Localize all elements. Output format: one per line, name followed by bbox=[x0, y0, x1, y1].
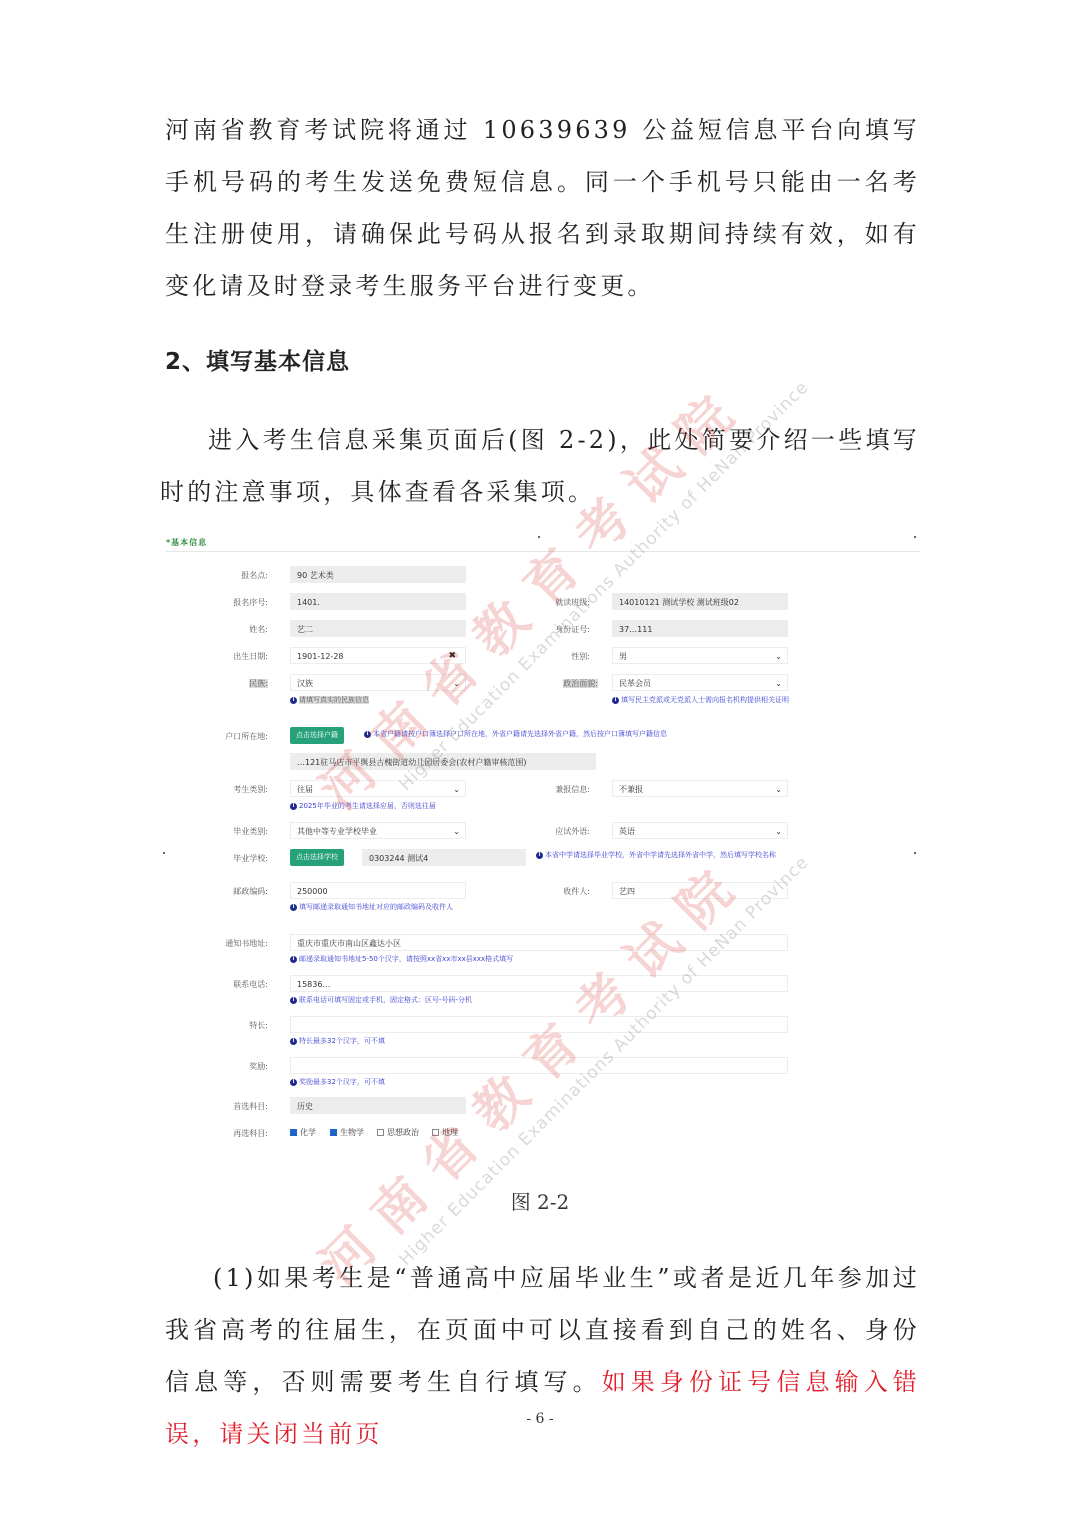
hint-hkszd: i本省户籍请按户口簿选择户口所在地，外省户籍请先选择外省户籍，然后按户口簿填写户… bbox=[364, 730, 764, 739]
field-value: …121驻马店市平舆县古槐街道幼儿园居委会(农村户籍审核范围) bbox=[297, 758, 527, 767]
chevron-down-icon: ⌄ bbox=[775, 675, 782, 692]
field-value: 250000 bbox=[297, 887, 328, 896]
select-bylb[interactable]: 其他中等专业学校毕业⌄ bbox=[290, 822, 466, 839]
field-value: 14010121 测试学校 测试班级02 bbox=[619, 598, 739, 607]
select-xb[interactable]: 男⌄ bbox=[612, 647, 788, 664]
hint-tzsdz: i邮递录取通知书地址5-50个汉字，请按照xx省xx市xx县xxx格式填写 bbox=[290, 955, 690, 964]
select-zzmm[interactable]: 民革会员⌄ bbox=[612, 674, 788, 691]
field-xm[interactable]: 艺二 bbox=[290, 620, 466, 637]
checkbox-checked-icon bbox=[330, 1129, 337, 1136]
label-xm: 姓名: bbox=[158, 624, 268, 635]
label-text: 民族: bbox=[249, 679, 268, 688]
hint-lxdh: i联系电话可填写固定或手机，固定格式：区号-号码-分机 bbox=[290, 996, 690, 1005]
note-paragraph: (1)如果考生是“普通高中应届毕业生”或者是近几年参加过我省高考的往届生，在页面… bbox=[165, 1252, 920, 1460]
checkbox-checked-icon bbox=[290, 1129, 297, 1136]
select-jxxx[interactable]: 不兼报⌄ bbox=[612, 780, 788, 797]
chevron-down-icon: ⌄ bbox=[775, 648, 782, 665]
field-value: 37…111 bbox=[619, 625, 652, 634]
field-tc[interactable] bbox=[290, 1016, 788, 1033]
select-mz[interactable]: 汉族⌄ bbox=[290, 674, 466, 691]
field-value: 英语 bbox=[619, 827, 635, 836]
label-jl: 奖励: bbox=[158, 1061, 268, 1072]
hint-mz: i请填写真实的民族信息 bbox=[290, 696, 470, 705]
label-byxx: 毕业学校: bbox=[158, 853, 268, 864]
field-yzbm[interactable]: 250000 bbox=[290, 882, 466, 899]
hint-byxx: i本省中学请选择毕业学校，外省中学请先选择外省中学，然后填写学校名称 bbox=[536, 851, 788, 860]
field-value: 往届 bbox=[297, 785, 313, 794]
field-value: 90 艺术类 bbox=[297, 571, 334, 580]
label-tzsdz: 通知书地址: bbox=[158, 938, 268, 949]
decor-dot bbox=[914, 852, 916, 854]
label-text: 政治面貌: bbox=[563, 679, 598, 688]
chevron-down-icon: ⌄ bbox=[453, 823, 460, 840]
field-bmd: 90 艺术类 bbox=[290, 566, 466, 583]
divider bbox=[166, 551, 920, 552]
field-value: 1901-12-28 bbox=[297, 652, 344, 661]
checkbox-label: 思想政治 bbox=[387, 1128, 419, 1137]
field-csrq[interactable]: 1901-12-28✖ bbox=[290, 647, 466, 664]
hint-text: 邮递录取通知书地址5-50个汉字，请按照xx省xx市xx县xxx格式填写 bbox=[299, 955, 513, 963]
field-hkszd: …121驻马店市平舆县古槐街道幼儿园居委会(农村户籍审核范围) bbox=[290, 753, 596, 770]
label-yswy: 应试外语: bbox=[480, 826, 590, 837]
field-value: 民革会员 bbox=[619, 679, 651, 688]
hint-text: 填写邮递录取通知书地址对应的邮政编码及收件人 bbox=[299, 903, 453, 911]
hint-text: 本省中学请选择毕业学校，外省中学请先选择外省中学，然后填写学校名称 bbox=[545, 851, 776, 859]
hint-yzbm: i填写邮递录取通知书地址对应的邮政编码及收件人 bbox=[290, 903, 470, 912]
label-tc: 特长: bbox=[158, 1020, 268, 1031]
hint-jl: i奖励最多32个汉字，可不填 bbox=[290, 1078, 690, 1087]
checkbox-label: 化学 bbox=[300, 1128, 316, 1137]
hint-text: 2025年毕业的考生请选择应届，否则选往届 bbox=[299, 802, 436, 810]
field-bmxh: 1401. bbox=[290, 593, 466, 610]
section-heading: 2、填写基本信息 bbox=[165, 343, 350, 376]
label-yzbm: 邮政编码: bbox=[158, 886, 268, 897]
info-icon: i bbox=[290, 1079, 297, 1086]
hint-text: 特长最多32个汉字，可不填 bbox=[299, 1037, 385, 1045]
hint-text: 奖励最多32个汉字，可不填 bbox=[299, 1078, 385, 1086]
label-bylb: 毕业类别: bbox=[158, 826, 268, 837]
label-mz: 民族: bbox=[246, 678, 268, 689]
label-kslb: 考生类别: bbox=[158, 784, 268, 795]
chevron-down-icon: ⌄ bbox=[775, 781, 782, 798]
label-lxdh: 联系电话: bbox=[158, 979, 268, 990]
field-value: 0303244 测试4 bbox=[369, 854, 428, 863]
checkbox-chemistry[interactable]: 化学 bbox=[290, 1127, 316, 1138]
field-value: 15836… bbox=[297, 980, 330, 989]
checkbox-unchecked-icon bbox=[432, 1129, 439, 1136]
info-icon: i bbox=[536, 852, 543, 859]
info-icon: i bbox=[290, 904, 297, 911]
field-sfzh: 37…111 bbox=[612, 620, 788, 637]
label-jxxx: 兼报信息: bbox=[480, 784, 590, 795]
chevron-down-icon: ⌄ bbox=[775, 823, 782, 840]
select-school-button[interactable]: 点击选择学校 bbox=[290, 849, 344, 866]
field-sxkm: 历史 bbox=[290, 1097, 466, 1114]
checkbox-geography[interactable]: 地理 bbox=[432, 1127, 458, 1138]
checkbox-label: 地理 bbox=[442, 1128, 458, 1137]
hint-zzmm: i填写民主党派或无党派人士需向报名机构提供相关证明 bbox=[612, 696, 792, 705]
section-paragraph: 进入考生信息采集页面后(图 2-2)，此处简要介绍一些填写时的注意事项，具体查看… bbox=[160, 414, 920, 518]
field-value: 艺二 bbox=[297, 625, 313, 634]
label-bmd: 报名点: bbox=[158, 570, 268, 581]
field-sjr[interactable]: 艺四 bbox=[612, 882, 788, 899]
hint-kslb: i2025年毕业的考生请选择应届，否则选往届 bbox=[290, 802, 490, 811]
form-figure: *基本信息 报名点: 90 艺术类 报名序号: 1401. 就读班级: 1401… bbox=[158, 530, 920, 1150]
field-byxx: 0303244 测试4 bbox=[362, 849, 526, 866]
info-icon: i bbox=[612, 697, 619, 704]
field-value: 其他中等专业学校毕业 bbox=[297, 827, 377, 836]
field-value: 艺四 bbox=[619, 887, 635, 896]
checkbox-politics[interactable]: 思想政治 bbox=[377, 1127, 419, 1138]
info-icon: i bbox=[364, 731, 371, 738]
label-zzmm: 政治面貌: bbox=[542, 678, 598, 689]
checkbox-unchecked-icon bbox=[377, 1129, 384, 1136]
label-sxkm: 首选科目: bbox=[158, 1101, 268, 1112]
info-icon: i bbox=[290, 1038, 297, 1045]
field-value: 男 bbox=[619, 652, 627, 661]
label-sfzh: 身份证号: bbox=[480, 624, 590, 635]
checkbox-biology[interactable]: 生物学 bbox=[330, 1127, 364, 1138]
clear-icon[interactable]: ✖ bbox=[448, 648, 456, 665]
label-sjr: 收件人: bbox=[480, 886, 590, 897]
figure-caption: 图 2-2 bbox=[0, 1186, 1080, 1215]
label-hkszd: 户口所在地: bbox=[158, 731, 268, 742]
info-icon: i bbox=[290, 956, 297, 963]
info-icon: i bbox=[290, 997, 297, 1004]
chevron-down-icon: ⌄ bbox=[453, 675, 460, 692]
checkbox-label: 生物学 bbox=[340, 1128, 364, 1137]
select-yswy[interactable]: 英语⌄ bbox=[612, 822, 788, 839]
label-xb: 性别: bbox=[480, 651, 590, 662]
decor-dot bbox=[538, 536, 540, 538]
hint-text: 填写民主党派或无党派人士需向报名机构提供相关证明 bbox=[621, 696, 789, 704]
chevron-down-icon: ⌄ bbox=[453, 781, 460, 798]
select-kslb[interactable]: 往届⌄ bbox=[290, 780, 466, 797]
hint-text: 本省户籍请按户口簿选择户口所在地，外省户籍请先选择外省户籍，然后按户口簿填写户籍… bbox=[373, 730, 667, 738]
form-section-title: *基本信息 bbox=[166, 537, 207, 548]
label-csrq: 出生日期: bbox=[158, 651, 268, 662]
field-tzsdz[interactable]: 重庆市重庆市南山区鑫达小区 bbox=[290, 934, 788, 951]
field-value: 1401. bbox=[297, 598, 320, 607]
field-lxdh[interactable]: 15836… bbox=[290, 975, 788, 992]
page-number: - 6 - bbox=[0, 1411, 1080, 1427]
field-value: 不兼报 bbox=[619, 785, 643, 794]
field-jdbj: 14010121 测试学校 测试班级02 bbox=[612, 593, 788, 610]
decor-dot bbox=[914, 536, 916, 538]
field-value: 历史 bbox=[297, 1102, 313, 1111]
info-icon: i bbox=[290, 697, 297, 704]
info-icon: i bbox=[290, 803, 297, 810]
field-value: 重庆市重庆市南山区鑫达小区 bbox=[297, 939, 401, 948]
intro-paragraph: 河南省教育考试院将通过 10639639 公益短信息平台向填写手机号码的考生发送… bbox=[165, 104, 920, 312]
hint-text: 请填写真实的民族信息 bbox=[299, 696, 369, 704]
label-zxkm: 再选科目: bbox=[158, 1128, 268, 1139]
label-bmxh: 报名序号: bbox=[158, 597, 268, 608]
hint-tc: i特长最多32个汉字，可不填 bbox=[290, 1037, 690, 1046]
select-household-button[interactable]: 点击选择户籍 bbox=[290, 727, 344, 744]
hint-text: 联系电话可填写固定或手机，固定格式：区号-号码-分机 bbox=[299, 996, 472, 1004]
label-jdbj: 就读班级: bbox=[480, 597, 590, 608]
field-value: 汉族 bbox=[297, 679, 313, 688]
field-jl[interactable] bbox=[290, 1057, 788, 1074]
